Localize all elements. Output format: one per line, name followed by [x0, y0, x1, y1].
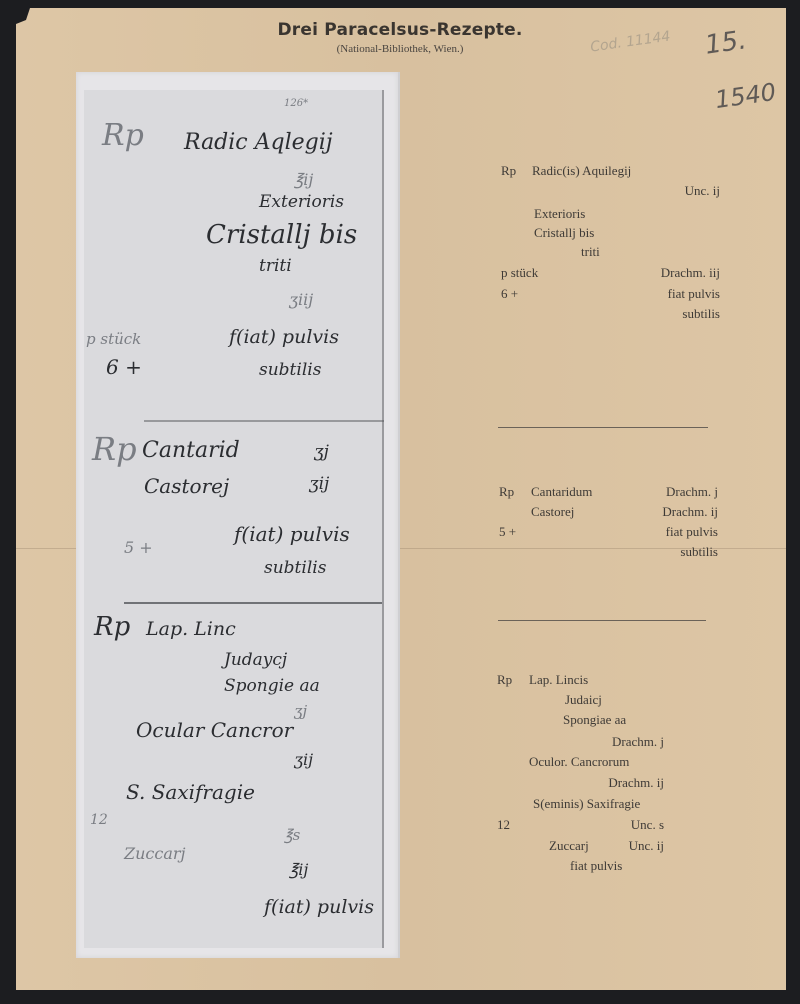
amount: Drachm. iij — [661, 263, 720, 282]
rx-label: Rp — [499, 482, 514, 501]
ms-r3-line1: Lap. Linc — [146, 618, 236, 640]
ms-r3-line2: Judaycj — [224, 650, 287, 670]
ms-r3-margin: 12 — [90, 812, 108, 828]
slip-separator-2 — [124, 602, 382, 604]
ms-r1-margin2: 6 + — [106, 355, 142, 379]
ms-r3-amount1: ʒj — [294, 702, 307, 720]
instruction: subtilis — [680, 542, 718, 561]
rx-symbol-2: Rp — [92, 430, 137, 468]
ingredient: Zuccarj — [549, 836, 589, 855]
amount: Drachm. j — [612, 732, 664, 751]
ms-r2-margin: 5 + — [124, 538, 153, 557]
ingredient: Exterioris — [534, 204, 585, 223]
ms-r2-line2: Castorej — [144, 474, 229, 498]
slip-separator-1 — [144, 420, 384, 422]
ms-r2-line4: subtilis — [264, 558, 326, 578]
ingredient: Radic(is) Aquilegij — [532, 161, 631, 180]
ingredient: Lap. Lincis — [529, 670, 588, 689]
ms-r1-line4: triti — [259, 256, 292, 276]
ingredient: S(eminis) Saxifragie — [533, 794, 640, 813]
amount: Drachm. j — [666, 482, 718, 501]
manuscript-slip: 126* Rp Radic Aqlegij ℥ij Exterioris Cri… — [84, 90, 384, 948]
ms-r3-line7: f(iat) pulvis — [264, 896, 374, 918]
rx-symbol-1: Rp — [102, 118, 144, 153]
amount: Unc. s — [631, 815, 664, 834]
ms-r3-line6: Zuccarj — [124, 844, 186, 863]
rx-label: Rp — [501, 161, 516, 180]
margin-note: 12 — [497, 815, 510, 834]
ms-r3-amount3: ℥s — [284, 826, 300, 844]
margin-note: 6 + — [501, 284, 518, 303]
page-title: Drei Paracelsus-Rezepte. — [0, 20, 800, 40]
recipe-divider — [498, 427, 708, 428]
page-subtitle: (National-Bibliothek, Wien.) — [0, 43, 800, 55]
ms-r1-line2: Exterioris — [259, 192, 344, 212]
ms-r3-amount2: ʒij — [294, 750, 313, 769]
ingredient: triti — [581, 242, 600, 261]
instruction: fiat pulvis — [666, 522, 718, 541]
ms-r2-amount2: ʒij — [309, 474, 329, 494]
instruction: fiat pulvis — [668, 284, 720, 303]
rx-label: Rp — [497, 670, 512, 689]
amount: Unc. ij — [629, 836, 664, 855]
ms-r3-amount4: ℥ij — [289, 860, 308, 879]
instruction: fiat pulvis — [570, 856, 622, 875]
ms-r2-line3: f(iat) pulvis — [234, 522, 350, 546]
ingredient: Judaicj — [565, 690, 602, 709]
folio-note: 126* — [284, 98, 308, 109]
ingredient: Spongiae aa — [563, 710, 626, 729]
ms-r3-line4: Ocular Cancror — [136, 718, 293, 742]
manuscript-facsimile: 126* Rp Radic Aqlegij ℥ij Exterioris Cri… — [76, 72, 400, 958]
ms-r2-line1: Cantarid — [142, 438, 240, 463]
ingredient: Castorej — [531, 502, 574, 521]
ms-r1-line1: Radic Aqlegij — [184, 130, 333, 155]
ms-r1-line3: Cristallj bis — [206, 220, 357, 250]
pencil-number-top: 15. — [703, 25, 748, 60]
ms-r1-amount2: ʒiij — [289, 290, 313, 309]
recipe-divider — [498, 620, 706, 621]
ingredient: Cantaridum — [531, 482, 592, 501]
ingredient: Cristallj bis — [534, 223, 594, 242]
margin-note: 5 + — [499, 522, 516, 541]
margin-note: p stück — [501, 263, 538, 282]
instruction: subtilis — [682, 304, 720, 323]
amount: Drachm. ij — [608, 773, 664, 792]
ms-r1-line6: subtilis — [259, 360, 321, 380]
amount: Drachm. ij — [662, 502, 718, 521]
ms-r2-amount1: ʒj — [314, 442, 329, 462]
ms-r3-line3: Spongie aa — [224, 676, 320, 696]
ms-r1-amount1: ℥ij — [294, 170, 313, 189]
ms-r1-margin1: p stück — [86, 330, 141, 348]
ingredient: Oculor. Cancrorum — [529, 752, 629, 771]
ms-r1-line5: f(iat) pulvis — [229, 326, 339, 348]
amount: Unc. ij — [685, 181, 720, 200]
ms-r3-line5: S. Saxifragie — [126, 780, 255, 804]
rx-symbol-3: Rp — [94, 612, 130, 642]
